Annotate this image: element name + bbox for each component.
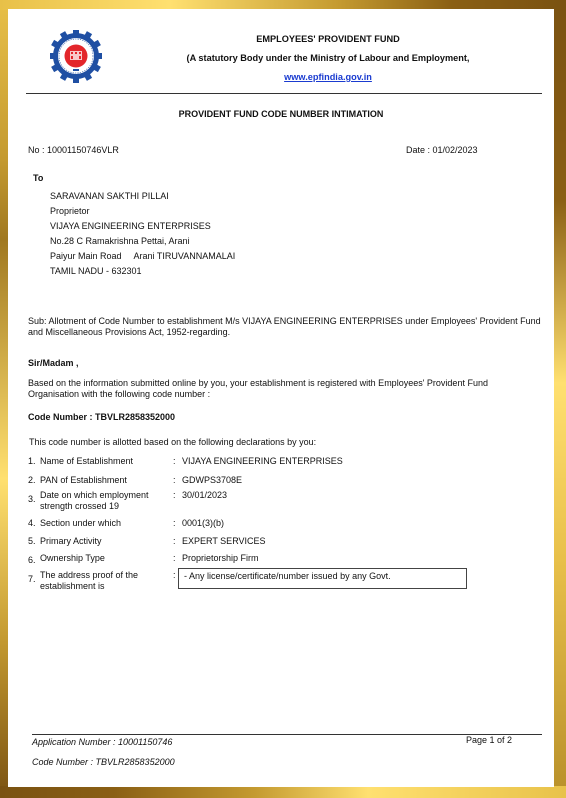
- colon: :: [173, 536, 176, 546]
- website-link[interactable]: www.epfindia.gov.in: [178, 72, 478, 82]
- address-line: VIJAYA ENGINEERING ENTERPRISES: [50, 221, 211, 231]
- document-page: EMPLOYEES' PROVIDENT FUND (A statutory B…: [8, 9, 554, 787]
- declaration-number: 2.: [28, 475, 36, 485]
- code-number: Code Number : TBVLR2858352000: [28, 412, 175, 422]
- org-subtitle: (A statutory Body under the Ministry of …: [168, 53, 488, 63]
- document-title: PROVIDENT FUND CODE NUMBER INTIMATION: [8, 109, 554, 119]
- document-date: Date : 01/02/2023: [406, 145, 478, 155]
- declaration-label: PAN of Establishment: [40, 475, 160, 486]
- application-number: Application Number : 10001150746: [32, 737, 172, 747]
- declaration-label: Primary Activity: [40, 536, 160, 547]
- subject-line: Sub: Allotment of Code Number to establi…: [28, 316, 548, 338]
- address-line: SARAVANAN SAKTHI PILLAI: [50, 191, 169, 201]
- declaration-value: Proprietorship Firm: [182, 553, 259, 563]
- colon: :: [173, 553, 176, 563]
- reference-number: No : 10001150746VLR: [28, 145, 119, 155]
- epfo-gear-emblem-icon: [50, 30, 102, 84]
- page-indicator: Page 1 of 2: [466, 735, 512, 745]
- footer-code-number: Code Number : TBVLR2858352000: [32, 757, 175, 767]
- declarations-intro: This code number is allotted based on th…: [29, 437, 316, 447]
- declaration-value: 30/01/2023: [182, 490, 227, 500]
- declaration-label: Ownership Type: [40, 553, 160, 564]
- colon: :: [173, 518, 176, 528]
- declaration-label: Name of Establishment: [40, 456, 160, 467]
- declaration-label: Date on which employment strength crosse…: [40, 490, 165, 512]
- address-proof-box: - Any license/certificate/number issued …: [178, 568, 467, 589]
- declaration-value: VIJAYA ENGINEERING ENTERPRISES: [182, 456, 343, 466]
- address-line: No.28 C Ramakrishna Pettai, Arani: [50, 236, 190, 246]
- org-name: EMPLOYEES' PROVIDENT FUND: [178, 34, 478, 44]
- header-divider: [26, 93, 542, 94]
- body-paragraph: Based on the information submitted onlin…: [28, 378, 528, 400]
- declaration-number: 3.: [28, 494, 36, 504]
- declaration-number: 5.: [28, 536, 36, 546]
- declaration-number: 4.: [28, 518, 36, 528]
- salutation: Sir/Madam ,: [28, 358, 79, 368]
- declaration-label: Section under which: [40, 518, 160, 529]
- address-line: Proprietor: [50, 206, 90, 216]
- to-label: To: [33, 173, 43, 183]
- declaration-label: The address proof of the establishment i…: [40, 570, 155, 592]
- colon: :: [173, 475, 176, 485]
- declaration-value: EXPERT SERVICES: [182, 536, 266, 546]
- declaration-value: 0001(3)(b): [182, 518, 224, 528]
- colon: :: [173, 490, 176, 500]
- address-line: TAMIL NADU - 632301: [50, 266, 142, 276]
- colon: :: [173, 456, 176, 466]
- colon: :: [173, 570, 176, 580]
- declaration-number: 1.: [28, 456, 36, 466]
- address-line: Paiyur Main Road Arani TIRUVANNAMALAI: [50, 251, 235, 261]
- declaration-number: 7.: [28, 574, 36, 584]
- declaration-number: 6.: [28, 555, 36, 565]
- declaration-value: GDWPS3708E: [182, 475, 242, 485]
